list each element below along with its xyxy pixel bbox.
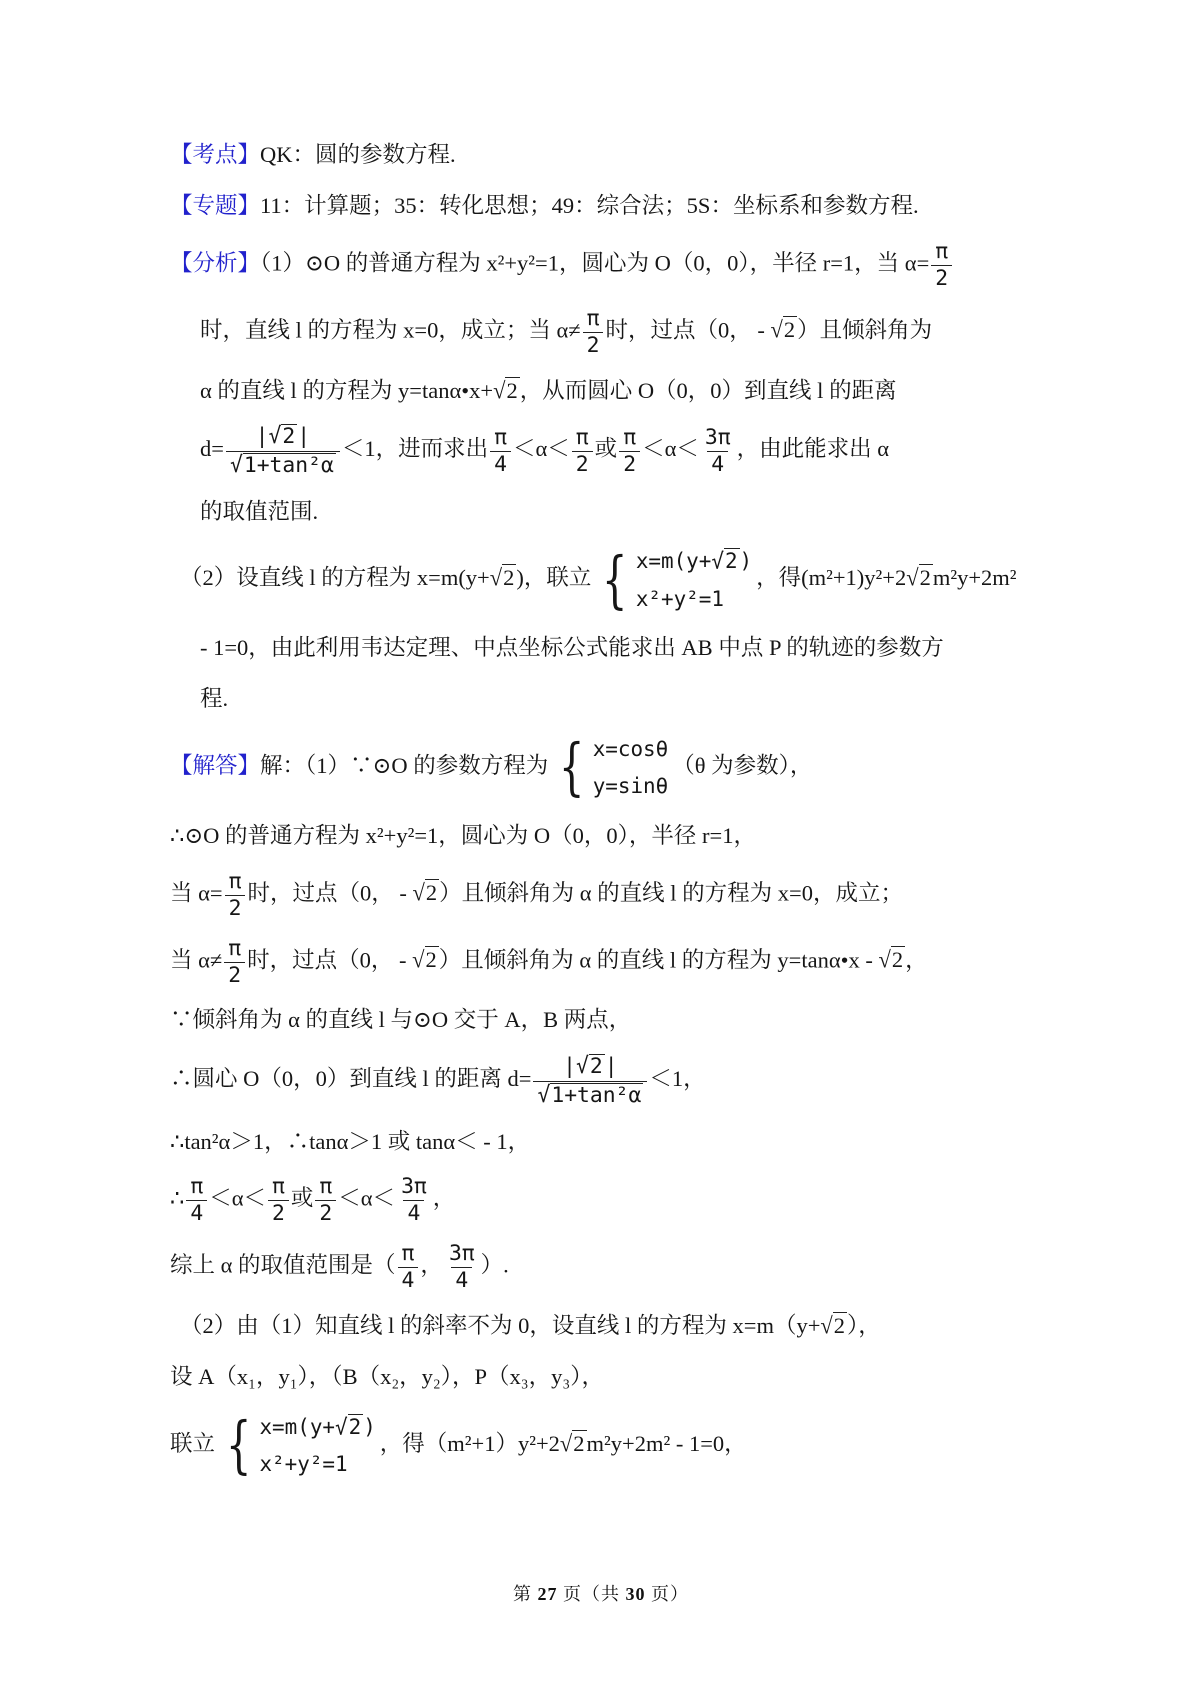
radicand: 2 bbox=[348, 1414, 364, 1439]
sqrt: √2 bbox=[493, 378, 520, 403]
denominator: 4 bbox=[403, 1200, 424, 1226]
fraction: π2 bbox=[619, 426, 640, 477]
denominator: 4 bbox=[451, 1267, 472, 1293]
radicand: 2 bbox=[505, 377, 519, 404]
numerator: π bbox=[186, 1175, 207, 1200]
text-line: （2）由（1）知直线 l 的斜率不为 0，设直线 l 的方程为 x=m（y+√2… bbox=[170, 1309, 1032, 1344]
equation-system: {x=cosθy=sinθ bbox=[552, 733, 668, 803]
system-row: x²+y²=1 bbox=[259, 1448, 347, 1480]
text-line: 联立{x=m(y+√2)x²+y²=1，得（m²+1）y²+2√2m²y+2m²… bbox=[170, 1411, 1032, 1481]
radical-sign-icon: √ bbox=[490, 561, 502, 597]
text-line: ∴tan²α＞1，∴tanα＞1 或 tanα＜ - 1， bbox=[170, 1125, 1032, 1160]
sqrt: √2 bbox=[879, 947, 906, 972]
left-brace-icon: { bbox=[602, 551, 628, 610]
section-label: 【解答】 bbox=[170, 753, 260, 778]
radical-sign-icon: √ bbox=[493, 373, 505, 409]
denominator: 4 bbox=[490, 451, 511, 477]
radical-sign-icon: √ bbox=[412, 942, 424, 978]
bold-text: 30 bbox=[626, 1584, 646, 1604]
system-row: x²+y²=1 bbox=[636, 583, 724, 615]
numerator: π bbox=[315, 1175, 336, 1200]
numerator: π bbox=[583, 307, 604, 332]
denominator: 4 bbox=[186, 1200, 207, 1226]
sqrt: √1+tan²α bbox=[230, 453, 336, 478]
radicand: 2 bbox=[833, 1312, 847, 1339]
sqrt: √2 bbox=[490, 565, 517, 590]
denominator: 2 bbox=[931, 265, 952, 291]
radicand: 2 bbox=[919, 564, 933, 591]
numerator: |√2| bbox=[252, 424, 315, 451]
text-line: 程. bbox=[170, 682, 1032, 717]
text-line: 当 α≠π2时，过点（0， - √2）且倾斜角为 α 的直线 l 的方程为 y=… bbox=[170, 937, 1032, 988]
text-line: （2）设直线 l 的方程为 x=m(y+√2)，联立{x=m(y+√2)x²+y… bbox=[170, 545, 1032, 615]
sqrt: √2 bbox=[335, 1415, 363, 1439]
denominator: 2 bbox=[268, 1200, 289, 1226]
denominator: √1+tan²α bbox=[226, 451, 340, 479]
sqrt: √2 bbox=[576, 1054, 605, 1079]
left-brace-icon: { bbox=[559, 738, 585, 797]
sqrt: √2 bbox=[711, 549, 739, 573]
radicand: 2 bbox=[425, 879, 439, 906]
radicand: 2 bbox=[783, 316, 797, 343]
fraction: π2 bbox=[315, 1175, 336, 1226]
radicand: 2 bbox=[891, 946, 905, 973]
fraction: π4 bbox=[490, 426, 511, 477]
fraction: π2 bbox=[268, 1175, 289, 1226]
text-line: - 1=0，由此利用韦达定理、中点坐标公式能求出 AB 中点 P 的轨迹的参数方 bbox=[170, 631, 1032, 666]
numerator: 3π bbox=[397, 1175, 431, 1200]
denominator: 2 bbox=[225, 895, 246, 921]
text-line: 设 A（x₁，y₁），（B（x₂，y₂），P（x₃，y₃）， bbox=[170, 1360, 1032, 1395]
left-brace-icon: { bbox=[226, 1416, 252, 1475]
fraction: |√2|√1+tan²α bbox=[533, 1054, 647, 1108]
numerator: π bbox=[619, 426, 640, 451]
sqrt: √2 bbox=[269, 424, 298, 449]
fraction: π2 bbox=[225, 870, 246, 921]
sqrt: √2 bbox=[560, 1431, 587, 1456]
text-line: 【考点】QK：圆的参数方程. bbox=[170, 138, 1032, 173]
fraction: π4 bbox=[398, 1242, 419, 1293]
system-row: x=cosθ bbox=[593, 733, 669, 765]
equation-system: {x=m(y+√2)x²+y²=1 bbox=[219, 1411, 376, 1481]
sqrt: √1+tan²α bbox=[537, 1083, 643, 1108]
numerator: |√2| bbox=[559, 1054, 622, 1081]
text-line: α 的直线 l 的方程为 y=tanα•x+√2，从而圆心 O（0，0）到直线 … bbox=[170, 374, 1032, 409]
fraction: π2 bbox=[583, 307, 604, 358]
text-line: ∴π4＜α＜π2或π2＜α＜3π4， bbox=[170, 1175, 1032, 1226]
numerator: π bbox=[490, 426, 511, 451]
system-rows: x=m(y+√2)x²+y²=1 bbox=[259, 1411, 375, 1481]
fraction: π4 bbox=[186, 1175, 207, 1226]
sqrt: √2 bbox=[906, 565, 933, 590]
denominator: √1+tan²α bbox=[533, 1081, 647, 1109]
radical-sign-icon: √ bbox=[560, 1426, 572, 1462]
sqrt: √2 bbox=[412, 880, 439, 905]
text-line: 时，直线 l 的方程为 x=0，成立；当 α≠π2时，过点（0， - √2）且倾… bbox=[170, 307, 1032, 358]
denominator: 2 bbox=[583, 332, 604, 358]
text-line: 的取值范围. bbox=[170, 495, 1032, 530]
fraction: π2 bbox=[572, 426, 593, 477]
section-label: 【考点】 bbox=[170, 142, 260, 167]
denominator: 4 bbox=[707, 451, 728, 477]
system-row: y=sinθ bbox=[593, 770, 669, 802]
text-line: d=|√2|√1+tan²α＜1，进而求出π4＜α＜π2或π2＜α＜3π4，由此… bbox=[170, 424, 1032, 478]
denominator: 2 bbox=[572, 451, 593, 477]
fraction: |√2|√1+tan²α bbox=[226, 424, 340, 478]
text-line: 【解答】解：（1）∵⊙O 的参数方程为{x=cosθy=sinθ（θ 为参数）， bbox=[170, 733, 1032, 803]
bold-text: 27 bbox=[538, 1584, 558, 1604]
system-row: x=m(y+√2) bbox=[636, 545, 752, 577]
page-footer: 第 27 页（共 30 页） bbox=[170, 1580, 1032, 1606]
radical-sign-icon: √ bbox=[879, 942, 891, 978]
text-line: 【分析】（1）⊙O 的普通方程为 x²+y²=1，圆心为 O（0，0），半径 r… bbox=[170, 240, 1032, 291]
document-page: 【考点】QK：圆的参数方程.【专题】11：计算题；35：转化思想；49：综合法；… bbox=[0, 0, 1200, 1698]
denominator: 2 bbox=[315, 1200, 336, 1226]
numerator: π bbox=[572, 426, 593, 451]
system-rows: x=m(y+√2)x²+y²=1 bbox=[636, 545, 752, 615]
fraction: π2 bbox=[931, 240, 952, 291]
fraction: π2 bbox=[224, 937, 245, 988]
text-line: ∴⊙O 的普通方程为 x²+y²=1，圆心为 O（0，0），半径 r=1， bbox=[170, 819, 1032, 854]
sqrt: √2 bbox=[820, 1313, 847, 1338]
denominator: 2 bbox=[224, 962, 245, 988]
radicand: 1+tan²α bbox=[550, 1083, 643, 1109]
radical-sign-icon: √ bbox=[230, 453, 243, 478]
system-row: x=m(y+√2) bbox=[259, 1411, 375, 1443]
radicand: 2 bbox=[425, 946, 439, 973]
radical-sign-icon: √ bbox=[269, 425, 282, 450]
section-label: 【专题】 bbox=[170, 193, 260, 218]
section-label: 【分析】 bbox=[170, 250, 260, 275]
text-line: 【专题】11：计算题；35：转化思想；49：综合法；5S：坐标系和参数方程. bbox=[170, 189, 1032, 224]
radical-sign-icon: √ bbox=[770, 313, 782, 349]
system-rows: x=cosθy=sinθ bbox=[593, 733, 669, 803]
denominator: 2 bbox=[619, 451, 640, 477]
radical-sign-icon: √ bbox=[711, 545, 724, 579]
document-content: 【考点】QK：圆的参数方程.【专题】11：计算题；35：转化思想；49：综合法；… bbox=[170, 138, 1032, 1580]
radicand: 1+tan²α bbox=[243, 453, 336, 479]
denominator: 4 bbox=[398, 1267, 419, 1293]
text-line: ∴圆心 O（0，0）到直线 l 的距离 d=|√2|√1+tan²α＜1， bbox=[170, 1054, 1032, 1108]
fraction: 3π4 bbox=[445, 1242, 479, 1293]
radicand: 2 bbox=[572, 1430, 586, 1457]
radical-sign-icon: √ bbox=[412, 876, 424, 912]
text-line: 当 α=π2时，过点（0， - √2）且倾斜角为 α 的直线 l 的方程为 x=… bbox=[170, 870, 1032, 921]
numerator: π bbox=[268, 1175, 289, 1200]
fraction: 3π4 bbox=[397, 1175, 431, 1226]
radical-sign-icon: √ bbox=[820, 1308, 832, 1344]
numerator: 3π bbox=[445, 1242, 479, 1267]
equation-system: {x=m(y+√2)x²+y²=1 bbox=[595, 545, 752, 615]
text-line: ∵倾斜角为 α 的直线 l 与⊙O 交于 A，B 两点， bbox=[170, 1003, 1032, 1038]
fraction: 3π4 bbox=[701, 426, 735, 477]
numerator: π bbox=[225, 870, 246, 895]
radical-sign-icon: √ bbox=[576, 1055, 589, 1080]
radicand: 2 bbox=[724, 548, 740, 573]
numerator: 3π bbox=[701, 426, 735, 451]
radical-sign-icon: √ bbox=[335, 1410, 348, 1444]
radicand: 2 bbox=[281, 424, 297, 450]
radical-sign-icon: √ bbox=[906, 561, 918, 597]
text-line: 综上 α 的取值范围是（π4，3π4）. bbox=[170, 1242, 1032, 1293]
numerator: π bbox=[398, 1242, 419, 1267]
radicand: 2 bbox=[502, 564, 516, 591]
sqrt: √2 bbox=[770, 317, 797, 342]
sqrt: √2 bbox=[412, 947, 439, 972]
radical-sign-icon: √ bbox=[537, 1083, 550, 1108]
radicand: 2 bbox=[589, 1054, 605, 1080]
numerator: π bbox=[931, 240, 952, 265]
numerator: π bbox=[224, 937, 245, 962]
